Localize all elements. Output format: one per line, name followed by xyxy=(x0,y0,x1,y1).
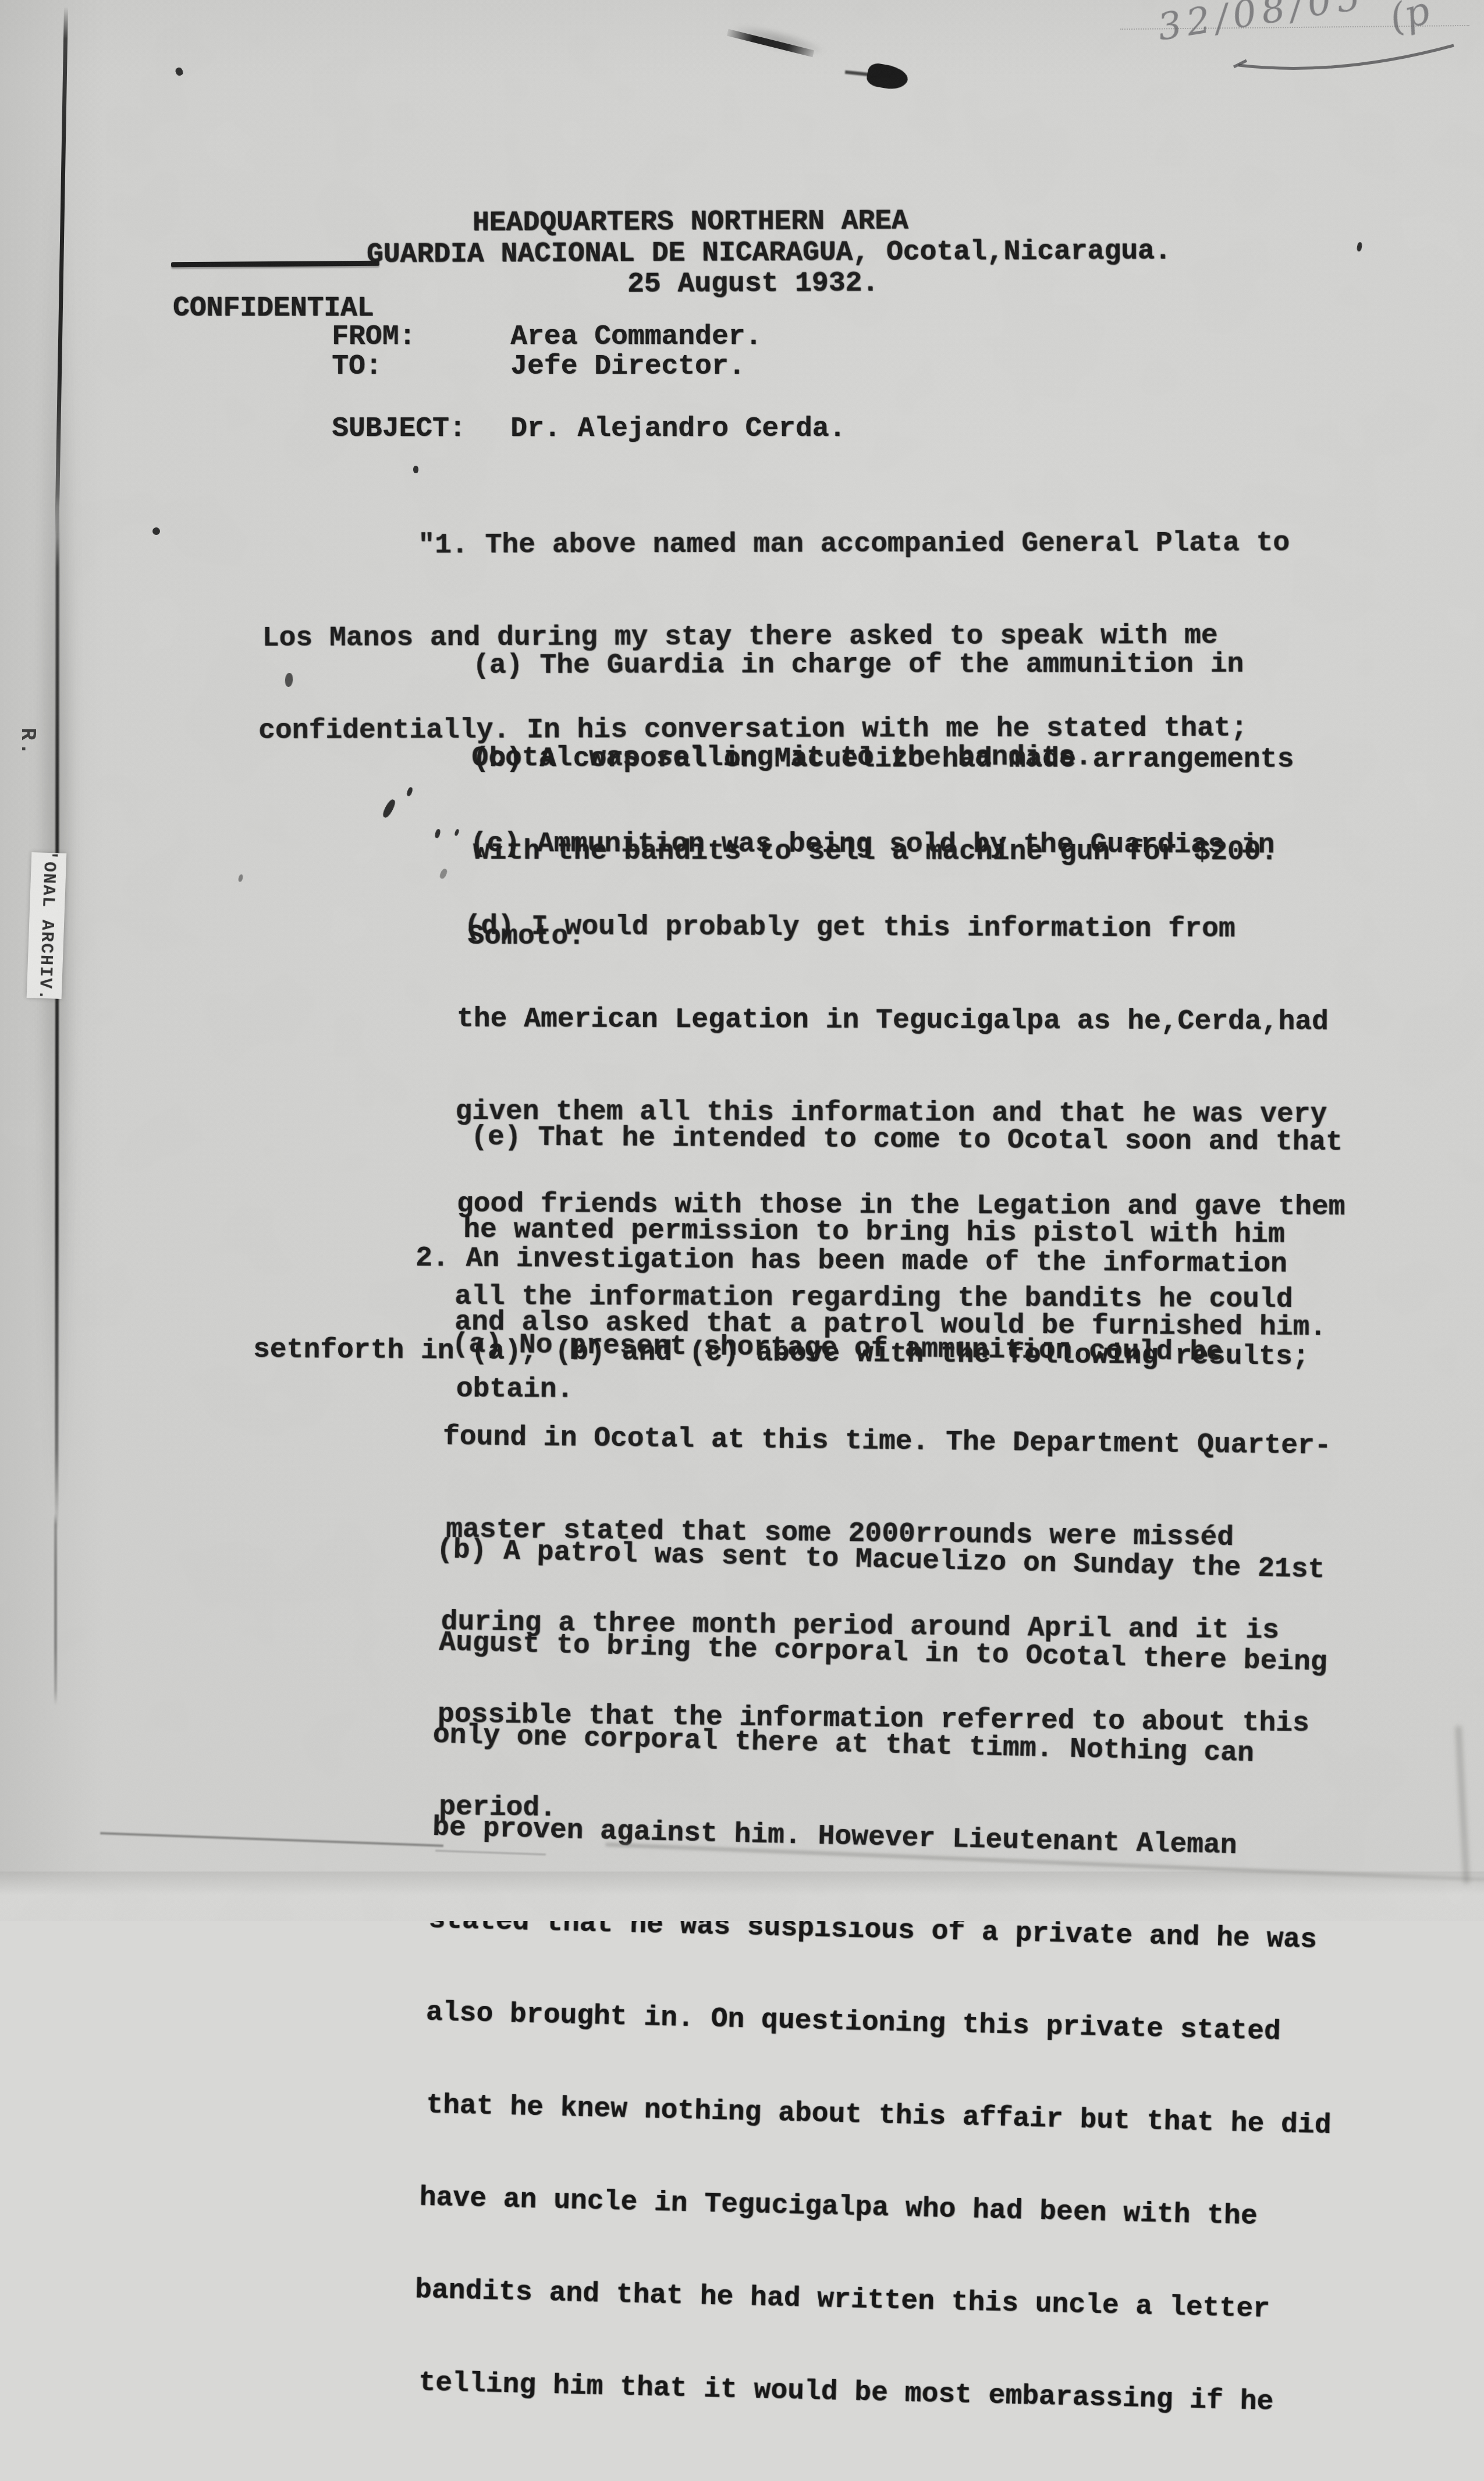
archive-sticker: 'ONAL ARCHIV. xyxy=(27,852,67,999)
pencil-annotation: 32/08/05 xyxy=(1155,0,1368,50)
typed-line: "1. The above named man accompanied Gene… xyxy=(418,528,1290,561)
typed-line: found in Ocotal at this time. The Depart… xyxy=(443,1422,1332,1462)
ink-speck xyxy=(413,466,418,473)
ink-speck xyxy=(175,66,184,77)
ink-blob xyxy=(865,62,910,92)
archive-sticker-text: 'ONAL ARCHIV. xyxy=(34,849,59,1001)
pencil-annotation: (p xyxy=(1385,0,1435,41)
typed-line: (a) The Guardia in charge of the ammunit… xyxy=(473,650,1244,682)
ink-speck xyxy=(1357,242,1363,251)
page-fold-line xyxy=(54,1514,57,1706)
typed-line: (a) No present shortage of ammunition co… xyxy=(452,1330,1332,1370)
to-value: Jefe Director. xyxy=(510,351,745,382)
to-label: TO: xyxy=(332,352,510,382)
typed-line: (e) That he intended to come to Ocotal s… xyxy=(471,1122,1343,1158)
typed-line: August to bring the corporal in to Ocota… xyxy=(439,1628,1342,1679)
typed-line: (d) I would probably get this informatio… xyxy=(464,912,1346,945)
subject-value: Dr. Alejandro Cerda. xyxy=(510,413,846,445)
document-page: 32/08/05 (p HEADQUARTERS NORTHERN AREA G… xyxy=(0,0,1484,1921)
margin-label: R. xyxy=(16,728,40,757)
typed-line: the American Legation in Tegucigalpa as … xyxy=(457,1004,1346,1038)
typed-line: (b) A patrol was sent to Macuelizo on Su… xyxy=(436,1535,1344,1586)
typed-line: only one corporal there at that timm. No… xyxy=(432,1720,1340,1771)
ink-speck xyxy=(237,874,243,882)
subject-label: SUBJECT: xyxy=(332,414,510,445)
ink-speck xyxy=(434,828,441,839)
bottom-smudge-line xyxy=(100,1832,443,1847)
scanner-background xyxy=(0,1872,1484,1921)
ink-speck xyxy=(439,868,449,880)
ink-streak-halo xyxy=(727,19,828,62)
ink-speck xyxy=(152,527,160,535)
paper-right-edge-shadow xyxy=(1455,1726,1469,1883)
ink-speck xyxy=(454,828,460,836)
subject-row: SUBJECT:Dr. Alejandro Cerda. xyxy=(265,383,846,476)
